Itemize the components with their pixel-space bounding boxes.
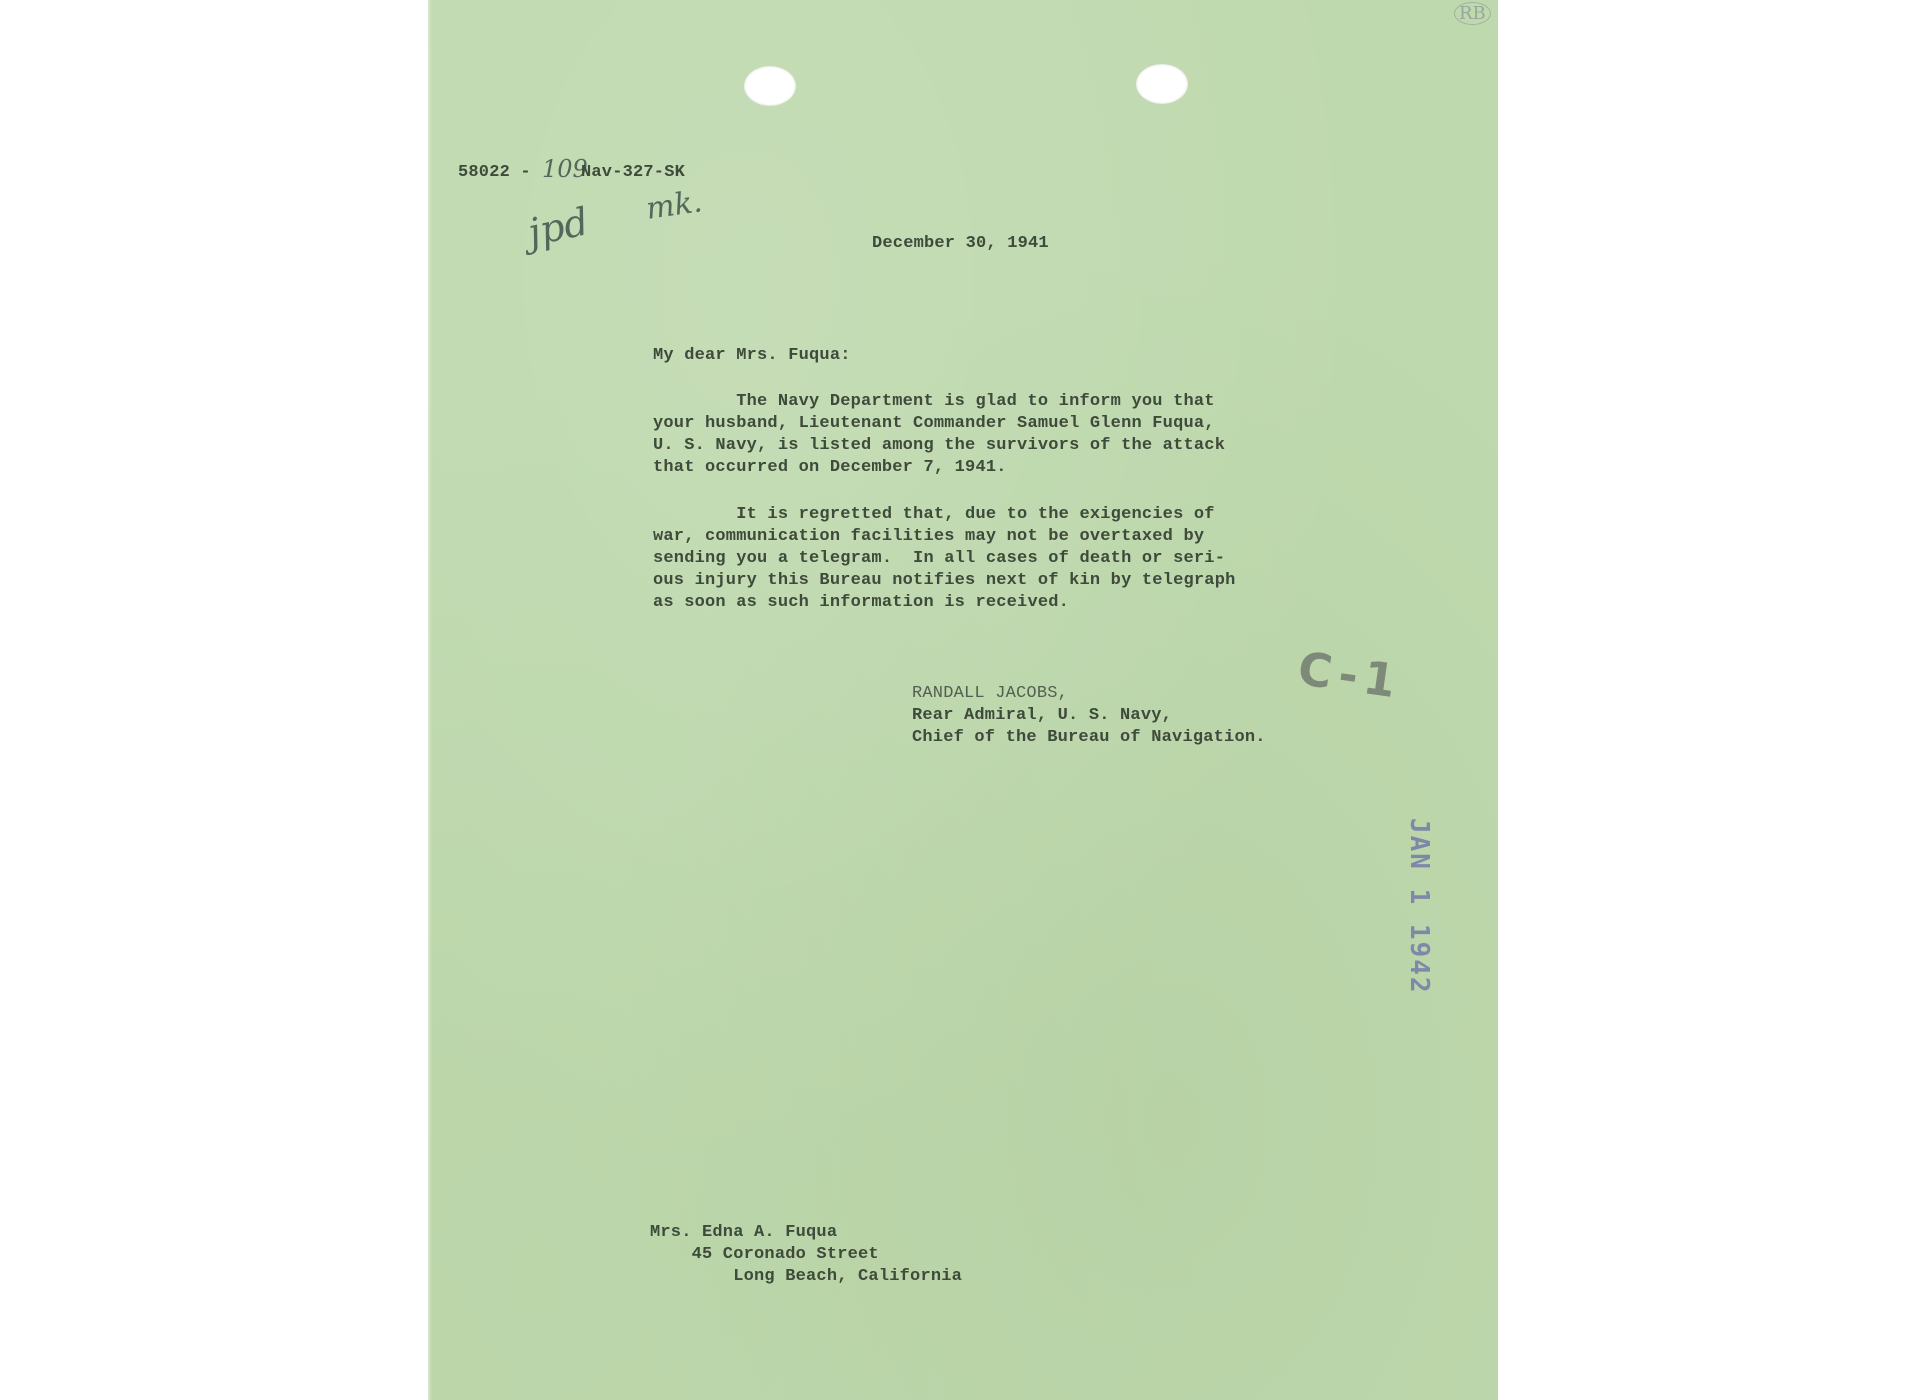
addressee-name: Mrs. Edna A. Fuqua: [650, 1222, 962, 1244]
paragraph-line: U. S. Navy, is listed among the survivor…: [653, 435, 1225, 457]
signer-title: Chief of the Bureau of Navigation.: [912, 727, 1266, 749]
handwritten-initials-2: mk.: [644, 184, 704, 226]
paragraph-line: as soon as such information is received.: [653, 592, 1236, 614]
signer-name: RANDALL JACOBS,: [912, 683, 1266, 705]
file-ref-suffix: Nav-327-SK: [581, 162, 685, 184]
handwritten-initials-1: jpd: [524, 199, 592, 255]
addressee-block: Mrs. Edna A. Fuqua 45 Coronado Street Lo…: [650, 1222, 962, 1288]
paragraph-line: that occurred on December 7, 1941.: [653, 457, 1225, 479]
filing-code-stamp: C-1: [1295, 641, 1405, 709]
paragraph-2: It is regretted that, due to the exigenc…: [653, 504, 1236, 614]
salutation: My dear Mrs. Fuqua:: [653, 345, 851, 367]
punch-hole-right: [1136, 64, 1188, 104]
addressee-street: 45 Coronado Street: [650, 1244, 962, 1266]
punch-hole-left: [744, 66, 796, 106]
paragraph-1: The Navy Department is glad to inform yo…: [653, 391, 1225, 479]
paragraph-line: The Navy Department is glad to inform yo…: [653, 391, 1225, 413]
corner-mark: RB: [1454, 2, 1491, 25]
paragraph-line: It is regretted that, due to the exigenc…: [653, 504, 1236, 526]
letter-date: December 30, 1941: [872, 233, 1049, 255]
signer-rank: Rear Admiral, U. S. Navy,: [912, 705, 1266, 727]
letter-page: RB 58022 - 109 Nav-327-SK jpd mk. Decemb…: [428, 0, 1498, 1400]
file-ref-prefix: 58022 -: [458, 162, 531, 184]
addressee-city: Long Beach, California: [650, 1266, 962, 1288]
paragraph-line: ous injury this Bureau notifies next of …: [653, 570, 1236, 592]
signature-block: RANDALL JACOBS, Rear Admiral, U. S. Navy…: [912, 683, 1266, 749]
paragraph-line: war, communication facilities may not be…: [653, 526, 1236, 548]
received-date-stamp: JAN 1 1942: [1404, 818, 1434, 995]
paragraph-line: sending you a telegram. In all cases of …: [653, 548, 1236, 570]
paragraph-line: your husband, Lieutenant Commander Samue…: [653, 413, 1225, 435]
